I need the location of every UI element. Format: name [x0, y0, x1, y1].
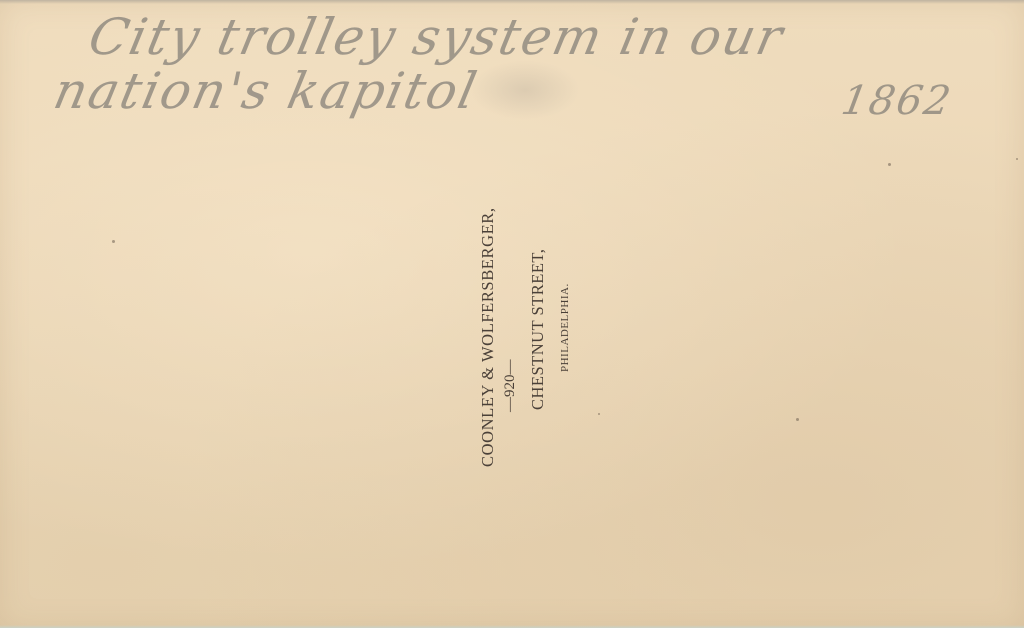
handwritten-caption-line-1: City trolley system in our — [84, 8, 789, 66]
stamp-street-number: —920— — [502, 360, 519, 413]
pencil-smudge — [470, 60, 580, 120]
paper-speck — [1016, 158, 1018, 160]
paper-speck — [796, 418, 799, 421]
stamp-city: PHILADELPHIA. — [559, 283, 571, 372]
card-top-edge — [0, 0, 1024, 4]
stamp-street: CHESTNUT STREET, — [528, 249, 548, 410]
stamp-studio-name: COONLEY & WOLFERSBERGER, — [478, 207, 498, 467]
paper-speck — [888, 163, 891, 166]
card-back: City trolley system in our nation's kapi… — [0, 0, 1024, 628]
photographer-stamp: COONLEY & WOLFERSBERGER, —920— CHESTNUT … — [470, 140, 590, 470]
paper-speck — [112, 240, 115, 243]
handwritten-caption-line-2: nation's kapitol — [49, 62, 483, 120]
paper-speck — [598, 413, 600, 415]
handwritten-year: 1862 — [838, 78, 956, 124]
